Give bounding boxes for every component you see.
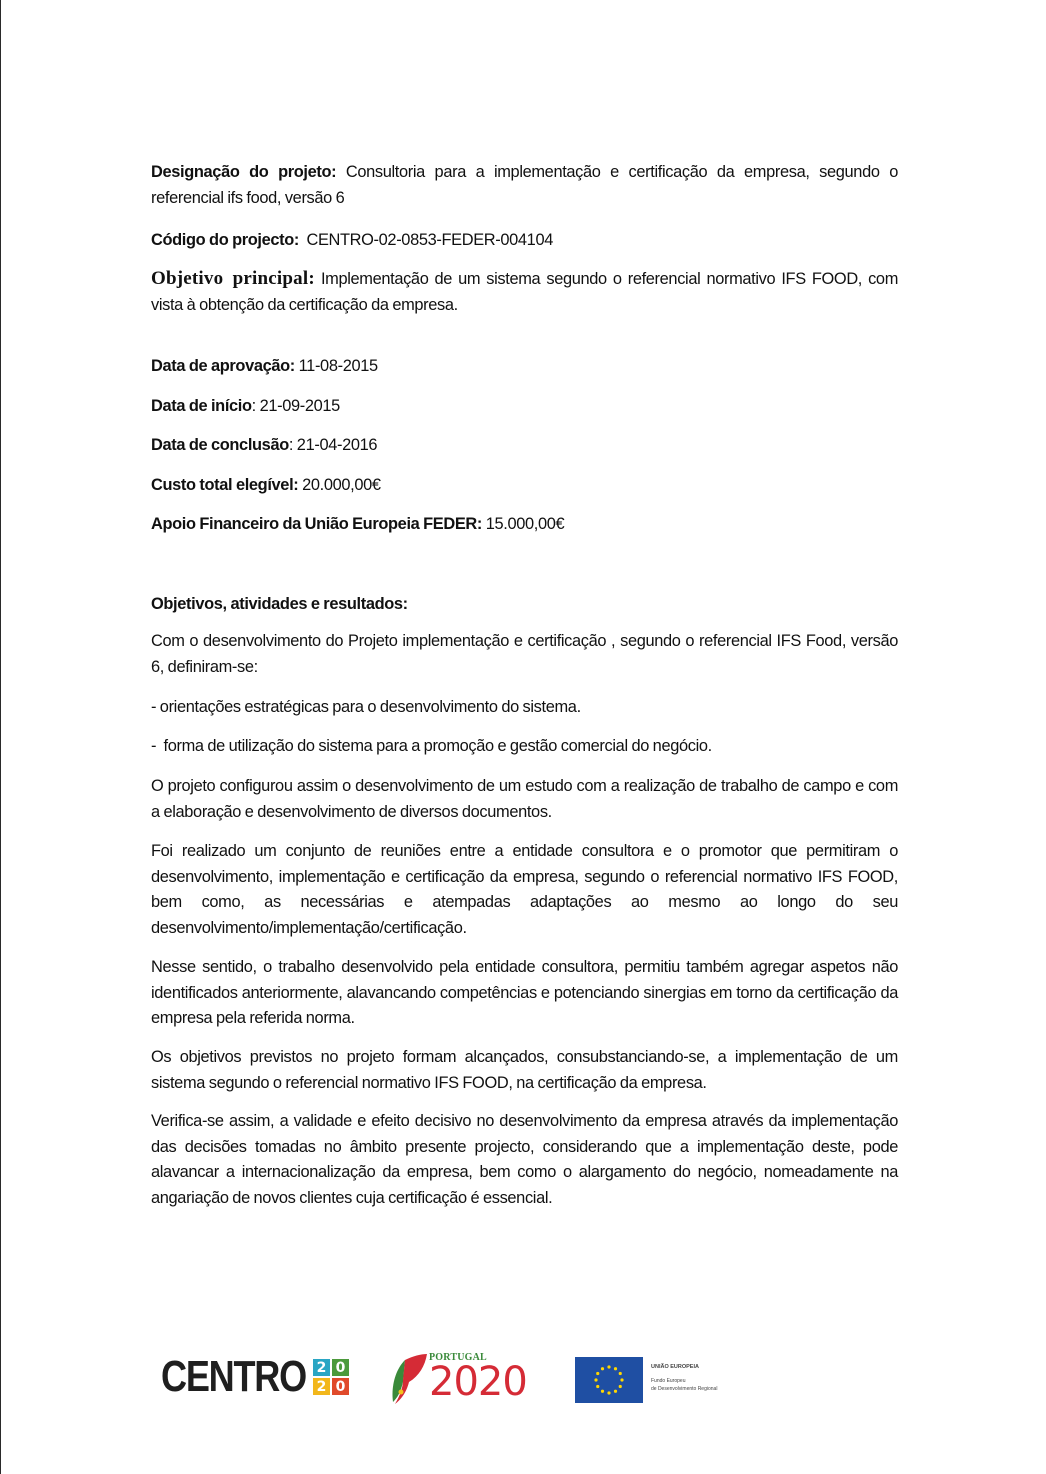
main-objective: Objetivo principal: Implementação de um … xyxy=(151,266,898,318)
paragraph: O projeto configurou assim o desenvolvim… xyxy=(151,774,898,825)
code-value: CENTRO-02-0853-FEDER-004104 xyxy=(299,231,553,249)
bullet-item: - orientações estratégicas para o desenv… xyxy=(151,695,581,721)
code-label: Código do projecto: xyxy=(151,231,299,249)
objective-label: Objetivo principal: xyxy=(151,268,315,289)
fact-value: 15.000,00€ xyxy=(482,515,564,533)
section-title: Objetivos, atividades e resultados: xyxy=(151,592,408,618)
eu-title: UNIÃO EUROPEIA xyxy=(651,1363,717,1371)
fact-eligible-cost: Custo total elegível: 20.000,00€ xyxy=(151,473,381,499)
fact-label: Data de início xyxy=(151,397,252,415)
centro-digit: 2 xyxy=(313,1359,330,1376)
portugal-2020-logo: PORTUGAL 2020 xyxy=(389,1348,549,1408)
section-intro: Com o desenvolvimento do Projeto impleme… xyxy=(151,629,898,680)
centro-wordmark: CENTRO xyxy=(161,1354,284,1400)
document-page: { "header": { "designacao_label": "Desig… xyxy=(0,0,1046,1474)
eu-fund-line2: de Desenvolvimento Regional xyxy=(651,1385,717,1393)
bullet-item: - forma de utilização do sistema para a … xyxy=(151,734,712,760)
paragraph: Nesse sentido, o trabalho desenvolvido p… xyxy=(151,955,898,1032)
fact-label: Data de conclusão xyxy=(151,436,289,454)
paragraph: Verifica-se assim, a validade e efeito d… xyxy=(151,1109,898,1211)
project-designation: Designação do projeto: Consultoria para … xyxy=(151,160,898,211)
fact-end-date: Data de conclusão: 21-04-2016 xyxy=(151,433,377,459)
designation-label: Designação do projeto: xyxy=(151,163,336,181)
centro-2020-logo: CENTRO 2 0 2 0 xyxy=(161,1354,349,1400)
fact-label: Apoio Financeiro da União Europeia FEDER… xyxy=(151,515,482,533)
eu-feder-logo: UNIÃO EUROPEIA Fundo Europeu de Desenvol… xyxy=(575,1357,765,1403)
centro-2020-grid: 2 0 2 0 xyxy=(313,1359,349,1395)
eu-text-block: UNIÃO EUROPEIA Fundo Europeu de Desenvol… xyxy=(651,1363,717,1393)
fact-label: Custo total elegível: xyxy=(151,476,298,494)
fact-value: : 21-09-2015 xyxy=(252,397,340,415)
paragraph: Os objetivos previstos no projeto formam… xyxy=(151,1045,898,1096)
fact-start-date: Data de início: 21-09-2015 xyxy=(151,394,340,420)
eu-flag-icon xyxy=(575,1357,643,1403)
paragraph: Foi realizado um conjunto de reuniões en… xyxy=(151,839,898,941)
centro-digit: 0 xyxy=(332,1378,349,1395)
eu-fund-line1: Fundo Europeu xyxy=(651,1377,717,1385)
portugal-year: 2020 xyxy=(429,1358,527,1406)
fact-eu-support: Apoio Financeiro da União Europeia FEDER… xyxy=(151,512,564,538)
fact-value: 11-08-2015 xyxy=(295,357,378,375)
fact-value: 20.000,00€ xyxy=(298,476,380,494)
fact-value: : 21-04-2016 xyxy=(289,436,377,454)
centro-digit: 0 xyxy=(332,1359,349,1376)
centro-digit: 2 xyxy=(313,1378,330,1395)
portugal-flag-icon xyxy=(389,1352,429,1408)
fact-label: Data de aprovação: xyxy=(151,357,295,375)
fact-approval-date: Data de aprovação: 11-08-2015 xyxy=(151,354,378,380)
project-code: Código do projecto: CENTRO-02-0853-FEDER… xyxy=(151,228,553,254)
